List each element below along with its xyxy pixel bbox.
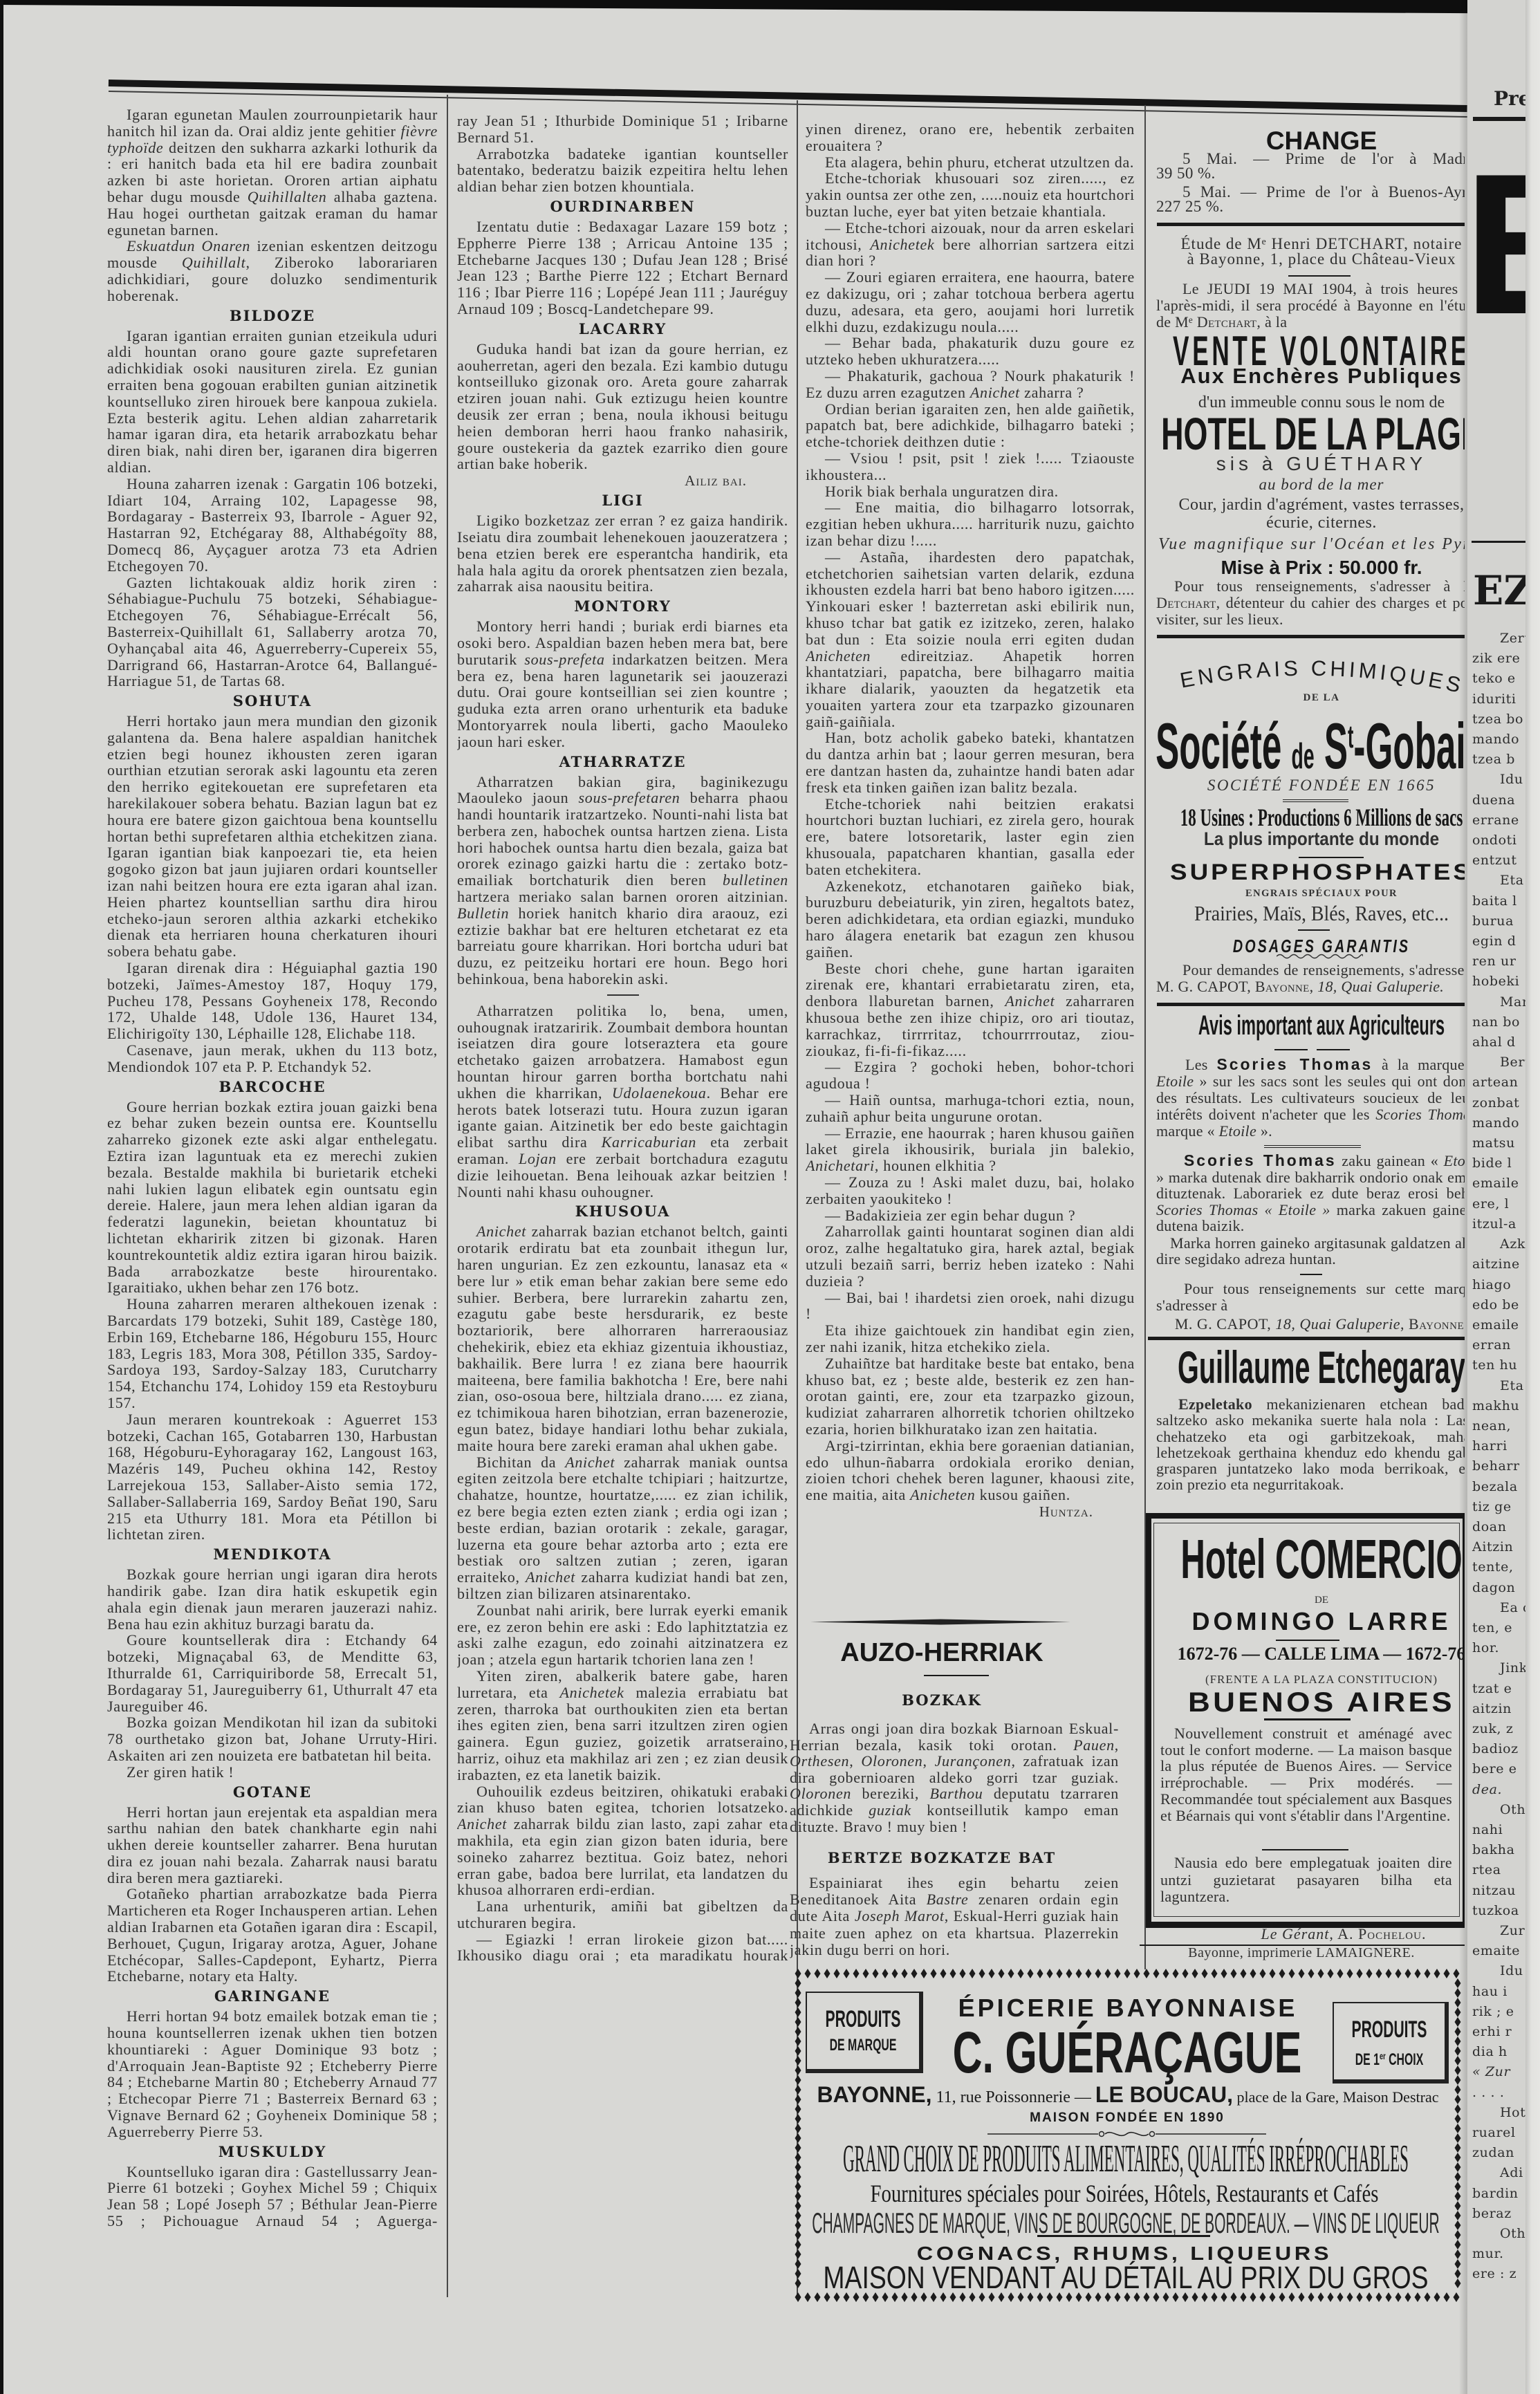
column-2: ray Jean 51 ; Ithurbide Dominique 51 ; I… xyxy=(457,113,788,2301)
article-paragraph: Arrabotzka badateke igantian kountseller… xyxy=(457,146,788,195)
wavy-divider xyxy=(1277,954,1363,959)
text-fragment: dea. xyxy=(1472,1780,1525,1800)
article-paragraph: Ligiko bozketzaz zer erran ? ez gaiza ha… xyxy=(457,512,788,595)
article-paragraph: — Haiñ ountsa, marhuga-tchori eztia, nou… xyxy=(806,1092,1135,1125)
advertiser-description: Ezpeletako mekanizienaren etchean badire… xyxy=(1156,1396,1465,1493)
divider xyxy=(1473,117,1525,121)
ornamental-rule xyxy=(810,1619,1070,1625)
text-fragment: ere, l xyxy=(1472,1194,1525,1214)
text-fragment: nitzau xyxy=(1472,1881,1525,1901)
text-fragment: entzut xyxy=(1472,851,1525,871)
notice-title: Avis important aux Agriculteurs xyxy=(1198,1012,1445,1039)
text-run: guziak xyxy=(869,1801,911,1819)
column-3: yinen direnez, orano ere, hebentik zerba… xyxy=(806,121,1135,1608)
adjacent-header-fragment: Pre xyxy=(1494,89,1525,109)
store-street: 11, rue Poissonnerie — xyxy=(931,2088,1095,2106)
text-run: Bulletin xyxy=(457,904,509,922)
company-name-part: -Gobain xyxy=(1353,709,1465,782)
badge-text-superscript: er xyxy=(1380,2050,1386,2061)
text-fragment: ahal d xyxy=(1472,1032,1525,1052)
article-paragraph: — Vsiou ! psit, psit ! ziek !..... Tziao… xyxy=(806,450,1135,483)
text-fragment: burua xyxy=(1472,911,1525,931)
reserve-price: Mise à Prix : 50.000 fr. xyxy=(1221,558,1422,577)
guarantee: DOSAGES GARANTIS xyxy=(1233,937,1410,955)
article-paragraph: Houna zaharren izenak : Gargatin 106 bot… xyxy=(107,476,438,575)
column-1: Igaran egunetan Maulen zourrounpietarik … xyxy=(107,106,438,2299)
article-paragraph: Casenave, jaun merak, ukhen du 113 botz,… xyxy=(107,1042,438,1075)
text-fragment: bardin xyxy=(1472,2184,1525,2204)
article-paragraph: Zuhaiñtze bat harditake beste bat entako… xyxy=(806,1355,1135,1438)
text-run: Detchart xyxy=(1156,594,1216,611)
article-paragraph: — Errazie, ene haourrak ; haren khusou g… xyxy=(806,1125,1135,1174)
divider xyxy=(1283,799,1348,802)
text-fragment: matsu xyxy=(1472,1133,1525,1153)
section-heading: BILDOZE xyxy=(107,304,438,328)
article-paragraph: Han, botz acholik gabeko bateki, khantat… xyxy=(806,730,1135,795)
text-fragment: artean xyxy=(1472,1073,1525,1093)
article-paragraph: Zaharrollak gainti hountarat soginen dia… xyxy=(806,1223,1135,1289)
article-paragraph: — Etche-tchori aizouak, nour da arren es… xyxy=(806,220,1135,269)
text-run: Orthesen xyxy=(790,1752,849,1770)
text-run: Scories Thomas xyxy=(1184,1151,1337,1169)
store-city: LE BOUCAU, xyxy=(1095,2082,1233,2107)
fertilizer-contact: Pour demandes de renseignements, s'adres… xyxy=(1156,962,1465,995)
notice-basque: Scories Thomas zaku gainean « Etoile » m… xyxy=(1156,1153,1465,1234)
divider xyxy=(1472,541,1525,543)
text-fragment: hobeki xyxy=(1472,972,1525,992)
text-run: Quihillalten xyxy=(248,188,327,205)
exchange-label: — Prime de l'or à Madrid xyxy=(1253,150,1465,167)
text-run: Anicheten xyxy=(910,1486,975,1503)
text-fragment: badioz xyxy=(1472,1739,1525,1759)
text-fragment: emaile xyxy=(1472,1315,1525,1335)
divider xyxy=(1317,1049,1350,1050)
text-run: Karricaburian xyxy=(602,1133,696,1151)
text-run: Joseph Marot xyxy=(855,1907,945,1924)
section-heading: MENDIKOTA xyxy=(107,1543,438,1566)
text-fragment: teko e xyxy=(1472,669,1525,689)
badge-text: PRODUITS xyxy=(826,2007,901,2031)
text-fragment: mando xyxy=(1472,1113,1525,1133)
text-fragment: bezala xyxy=(1472,1477,1525,1497)
text-fragment: ren ur xyxy=(1472,952,1525,972)
divider xyxy=(1262,1849,1348,1850)
company-name-part: Société xyxy=(1156,709,1281,782)
article-paragraph: Izentatu dutie : Bedaxagar Lazare 159 bo… xyxy=(457,219,788,317)
store-founded: MAISON FONDÉE EN 1890 xyxy=(1030,2111,1225,2124)
property-view: Vue magnifique sur l'Océan et les Pyréné… xyxy=(1158,536,1465,553)
text-run: Jurançonen xyxy=(935,1752,1012,1770)
adjacent-page-strip: Pre E EZ Zertzik ereteko eidurititzea bo… xyxy=(1467,0,1525,2394)
text-run: Le Gérant xyxy=(1261,1925,1330,1942)
section-heading: BERTZE BOZKATZE BAT xyxy=(790,1847,1094,1869)
text-fragment: hau i xyxy=(1472,1982,1525,2002)
text-fragment: bakha xyxy=(1472,1840,1525,1860)
text-run: Scories Thomas xyxy=(1375,1106,1465,1123)
text-fragment: Jink xyxy=(1472,1658,1525,1678)
text-run: Anichet xyxy=(1005,992,1055,1010)
article-paragraph: Argi-tzirrintan, ekhia bere goraenian da… xyxy=(806,1438,1135,1503)
divider xyxy=(1300,1274,1322,1275)
article-paragraph: — Ezgira ? gochoki heben, bohor-tchori a… xyxy=(806,1059,1135,1092)
article-paragraph: Etche-tchoriak khusouari soz ziren.....,… xyxy=(806,170,1135,219)
article-paragraph: — Egiazki ! erran lirokeie gizon bat....… xyxy=(457,1931,788,1965)
text-fragment: tzat e xyxy=(1472,1679,1525,1699)
founding-year: SOCIÉTÉ FONDÉE EN 1665 xyxy=(1207,777,1436,793)
text-fragment: nahi xyxy=(1472,1820,1525,1840)
divider xyxy=(1157,223,1465,226)
text-fragment: Hot xyxy=(1472,2103,1525,2123)
text-run: Anichetari xyxy=(806,1157,875,1174)
text-fragment: egin d xyxy=(1472,931,1525,952)
text-fragment: ondoti xyxy=(1472,831,1525,851)
text-run: Anicheten xyxy=(806,647,871,665)
section-heading: MUSKULDY xyxy=(107,2140,438,2164)
text-fragment: ere : z xyxy=(1472,2264,1525,2284)
notice-contact-intro: Pour tous renseignements sur cette marqu… xyxy=(1156,1281,1465,1313)
divider xyxy=(1148,1337,1465,1340)
text-fragment: hor. xyxy=(1472,1638,1525,1658)
exchange-rate-entry: 5 Mai. — Prime de l'or à Buenos-Ayres 22… xyxy=(1156,185,1465,214)
divider xyxy=(1288,275,1351,277)
divider xyxy=(1298,929,1330,931)
text-fragment: emaite xyxy=(1472,1941,1525,1961)
text-run: Eskuatdun Onaren xyxy=(127,237,250,254)
text-fragment: itzul-a xyxy=(1472,1214,1525,1234)
sale-contact: Pour tous renseignements, s'adresser à M… xyxy=(1156,578,1465,628)
divider xyxy=(924,1675,989,1676)
text-run: dea. xyxy=(1472,1782,1502,1797)
text-run: Lojan xyxy=(519,1150,557,1167)
adjacent-drop-letter: E xyxy=(1467,144,1525,344)
text-run: « Zur xyxy=(1472,2064,1510,2079)
divider xyxy=(1264,1145,1361,1148)
section-heading: MONTORY xyxy=(457,595,788,618)
text-run: Bayonne xyxy=(1409,1315,1464,1333)
text-fragment: Azk xyxy=(1472,1234,1525,1254)
connector-text: DE xyxy=(1315,1595,1328,1606)
text-run: bulletinen xyxy=(723,871,788,889)
hotel-landmark: (FRENTE A LA PLAZA CONSTITUCION) xyxy=(1205,1673,1438,1685)
hotel-description: Nouvellement construit et aménagé avec t… xyxy=(1160,1725,1452,1824)
store-type: ÉPICERIE BAYONNAISE xyxy=(958,1996,1298,2021)
arched-title: ENGRAIS CHIMIQUES xyxy=(1140,650,1465,705)
text-run: Quihillalt xyxy=(182,254,246,271)
article-paragraph: Ordian berian igaraiten zen, hen alde ga… xyxy=(806,401,1135,450)
article-paragraph: Igaran egunetan Maulen zourrounpietarik … xyxy=(107,106,438,238)
text-fragment: emaile xyxy=(1472,1173,1525,1194)
text-fragment: nean, xyxy=(1472,1416,1525,1436)
section-heading: GARINGANE xyxy=(107,1985,438,2008)
text-fragment: Idu xyxy=(1472,770,1525,790)
exchange-label: — Prime de l'or à Buenos-Ayres xyxy=(1241,183,1465,201)
text-run: sous-prefeta xyxy=(524,651,604,668)
text-fragment: edo be xyxy=(1472,1295,1525,1315)
adjacent-headline-fragment: EZ xyxy=(1473,570,1525,611)
text-fragment: erhi r xyxy=(1472,2022,1525,2042)
advertiser-name: Guillaume Etchegaray xyxy=(1178,1344,1465,1390)
text-run: Bastre xyxy=(927,1891,969,1908)
text-fragment: erran xyxy=(1472,1335,1525,1355)
text-fragment: baita l xyxy=(1472,891,1525,911)
text-fragment: duena xyxy=(1472,790,1525,810)
article-paragraph: Bozka goizan Mendikotan hil izan da subi… xyxy=(107,1714,438,1763)
article-paragraph: Igaran igantian erraiten gunian etzeikul… xyxy=(107,328,438,476)
text-fragment: . . . . xyxy=(1472,2083,1525,2103)
divider xyxy=(607,994,639,996)
store-city: BAYONNE, xyxy=(817,2082,932,2107)
claim: La plus importante du monde xyxy=(1204,830,1439,848)
notary-address: à Bayonne, 1, place du Château-Vieux xyxy=(1187,251,1456,268)
section-heading: GOTANE xyxy=(107,1781,438,1804)
badge-text-part: DE 1 xyxy=(1355,2050,1380,2069)
adjacent-text-fragments: Zertzik ereteko eidurititzea bomandotzea… xyxy=(1472,629,1525,2285)
text-fragment: ruarel xyxy=(1472,2123,1525,2143)
text-run: Bayonne xyxy=(1255,978,1310,995)
article-paragraph: ray Jean 51 ; Ithurbide Dominique 51 ; I… xyxy=(457,113,788,146)
byline: Ailiz bai. xyxy=(457,472,788,489)
text-fragment: zik ere xyxy=(1472,649,1525,669)
text-fragment: Zert xyxy=(1472,629,1525,649)
article-paragraph: Bichitan da Anichet zaharrak maniak ount… xyxy=(457,1454,788,1602)
store-addresses: BAYONNE, 11, rue Poissonnerie — LE BOUCA… xyxy=(817,2081,1439,2113)
column-divider xyxy=(447,95,448,2297)
text-run: 18, Quai Galuperie. xyxy=(1317,978,1444,995)
article-paragraph: — Badakizieia zer egin behar dugun ? xyxy=(806,1207,1135,1224)
notice-info: Marka horren gaineko argitasunak galdatz… xyxy=(1156,1235,1465,1267)
article-paragraph: Beste chori chehe, gune hartan igaraiten… xyxy=(806,961,1135,1059)
article-paragraph: — Phakaturik, gachoua ? Nourk phakaturik… xyxy=(806,368,1135,401)
text-run: Anichet xyxy=(457,1815,507,1832)
text-run: Barthou xyxy=(929,1785,983,1802)
article-paragraph: Goure herrian bozkak eztira jouan gaizki… xyxy=(107,1099,438,1297)
production-figures: 18 Usines : Productions 6 Millions de sa… xyxy=(1180,805,1463,830)
badge-text: PRODUITS xyxy=(1352,2018,1427,2041)
article-paragraph: Zer giren hatik ! xyxy=(107,1764,438,1781)
exchange-value: 39 50 %. xyxy=(1156,166,1465,180)
text-fragment: errane xyxy=(1472,810,1525,831)
supplies-line: Fournitures spéciales pour Soirées, Hôte… xyxy=(870,2181,1378,2206)
property-location: sis à GUÉTHARY xyxy=(1216,454,1427,474)
article-paragraph: — Bai, bai ! ihardetsi zien oroek, nahi … xyxy=(806,1290,1135,1323)
text-fragment: Man xyxy=(1472,992,1525,1012)
divider xyxy=(1037,2235,1210,2237)
manager-credit: Le Gérant, A. Pochelou. xyxy=(1261,1927,1427,1942)
byline: Huntza. xyxy=(806,1503,1135,1520)
text-fragment: zuk, z xyxy=(1472,1719,1525,1739)
text-fragment: dia h xyxy=(1472,2042,1525,2062)
text-fragment: Aitzin xyxy=(1472,1537,1525,1557)
text-fragment: mando xyxy=(1472,730,1525,750)
text-fragment: makhu xyxy=(1472,1396,1525,1416)
text-fragment: Oth xyxy=(1472,2224,1525,2244)
article-paragraph: Guduka handi bat izan da goure herrian, … xyxy=(457,341,788,472)
article-paragraph: Azkenekotz, etchanotaren gaiñeko biak, b… xyxy=(806,878,1135,961)
text-run: Scories Thomas xyxy=(1216,1055,1373,1073)
article-paragraph: Goure kountsellerak dira : Etchandy 64 b… xyxy=(107,1632,438,1714)
section-heading: BOZKAK xyxy=(790,1689,1094,1711)
advertisement-column: CHANGE 5 Mai. — Prime de l'or à Madrid 3… xyxy=(1140,0,1465,1971)
property-tagline: au bord de la mer xyxy=(1259,476,1384,492)
text-run: Pauen xyxy=(1073,1736,1115,1754)
printer-credit: Bayonne, imprimerie LAMAIGNERE. xyxy=(1188,1946,1415,1960)
section-title: AUZO-HERRIAK xyxy=(790,1639,1094,1667)
grocery-advertisement: PRODUITS DE MARQUE PRODUITS DE 1er CHOIX… xyxy=(794,1968,1462,2303)
text-run: Anichet xyxy=(476,1223,526,1240)
text-fragment: tuzkoa xyxy=(1472,1901,1525,1921)
section-heading: SOHUTA xyxy=(107,689,438,713)
divider xyxy=(1276,1640,1339,1641)
article-paragraph: Gotañeko phartian arrabozkatze bada Pier… xyxy=(107,1886,438,1985)
text-fragment: harri xyxy=(1472,1436,1525,1456)
section-heading: ATHARRATZE xyxy=(457,750,788,774)
text-fragment: nan bo xyxy=(1472,1012,1525,1032)
text-run: Oloronen xyxy=(861,1752,922,1770)
text-fragment: Zur xyxy=(1472,1921,1525,1941)
text-fragment: ten hu xyxy=(1472,1355,1525,1375)
neighbouring-regions-section: AUZO-HERRIAK BOZKAK Arras ongi joan dira… xyxy=(790,1611,1120,1965)
text-fragment: Bert xyxy=(1472,1052,1525,1073)
connector-text: DE LA xyxy=(1304,693,1340,703)
text-run: fièvre typhoïde xyxy=(107,122,438,156)
article-paragraph: Eta alagera, behin phuru, etcherat utzul… xyxy=(806,154,1135,171)
article-paragraph: yinen direnez, orano ere, hebentik zerba… xyxy=(806,121,1135,154)
text-run: Etoile xyxy=(1219,1122,1256,1140)
article-paragraph: Yiten ziren, abalkerik batere gabe, hare… xyxy=(457,1668,788,1783)
exchange-value: 227 25 %. xyxy=(1156,199,1465,214)
pricing-line: MAISON VENDANT AU DÉTAIL AU PRIX DU GROS xyxy=(823,2262,1428,2293)
article-paragraph: Horik biak berhala unguratzen dira. xyxy=(806,483,1135,500)
section-heading: OURDINARBEN xyxy=(457,195,788,219)
hotel-basque-note: Nausia edo bere emplegatuak joaiten dire… xyxy=(1160,1855,1452,1906)
property-features: écurie, citernes. xyxy=(1266,514,1377,531)
text-fragment: aitzin xyxy=(1472,1699,1525,1719)
text-run: Etoile xyxy=(1156,1073,1194,1090)
article-paragraph: — Zouza zu ! Aski malet duzu, bai, holak… xyxy=(806,1174,1135,1207)
text-fragment: beharr xyxy=(1472,1456,1525,1476)
article-paragraph: Jaun meraren kountrekoak : Aguerret 153 … xyxy=(107,1411,438,1543)
text-fragment: dagon xyxy=(1472,1578,1525,1598)
text-fragment: rtea xyxy=(1472,1860,1525,1880)
text-fragment: beraz xyxy=(1472,2204,1525,2224)
store-street: place de la Gare, Maison Destrac xyxy=(1233,2088,1438,2106)
article-paragraph: — Ene maitia, dio bilhagarro lotsorrak, … xyxy=(806,499,1135,548)
text-run: Ezpeletako xyxy=(1178,1395,1252,1413)
text-fragment: tzea b xyxy=(1472,750,1525,770)
article-paragraph: — Astaña, ihardesten dero papatchak, etc… xyxy=(806,549,1135,730)
text-run: Pochelou xyxy=(1358,1925,1422,1942)
article-paragraph: Herri hortako jaun mera mundian den gizo… xyxy=(107,713,438,960)
property-features: Cour, jardin d'agrément, vastes terrasse… xyxy=(1179,497,1465,513)
text-fragment: Oth xyxy=(1472,1800,1525,1820)
text-fragment: zonbat xyxy=(1472,1093,1525,1113)
company-name-superscript: t xyxy=(1348,718,1353,754)
article-paragraph: Bozkak goure herrian ungi igaran dira he… xyxy=(107,1566,438,1632)
badge-left: PRODUITS DE MARQUE xyxy=(806,1992,923,2073)
section-heading: LACARRY xyxy=(457,317,788,341)
text-fragment: Idu xyxy=(1472,1961,1525,1981)
article-paragraph: Ouhouilik ezdeus beitziren, ohikatuki er… xyxy=(457,1783,788,1899)
text-run: Udolaenekoua xyxy=(612,1084,707,1102)
text-fragment: Ea c xyxy=(1472,1598,1525,1618)
divider xyxy=(1157,635,1465,638)
sale-mode: Aux Enchères Publiques xyxy=(1180,365,1463,387)
text-run: 18, Quai Galuperie xyxy=(1275,1315,1400,1333)
article-paragraph: Gazten lichtakouak aldiz horik ziren : S… xyxy=(107,575,438,690)
article-paragraph: Anichet zaharrak bazian etchanot beltch,… xyxy=(457,1223,788,1454)
text-fragment: ten, e xyxy=(1472,1618,1525,1638)
text-fragment: Adi xyxy=(1472,2163,1525,2183)
article-paragraph: Espainiarat ihes egin behartu zeien Bene… xyxy=(790,1875,1119,1958)
text-fragment: Eta xyxy=(1472,871,1525,891)
article-paragraph: — Behar bada, phakaturik duzu goure ez u… xyxy=(806,335,1135,368)
text-fragment: bide l xyxy=(1472,1153,1525,1173)
text-fragment: tente, xyxy=(1472,1557,1525,1577)
article-paragraph: Kountselluko igaran dira : Gastellussarr… xyxy=(107,2164,438,2229)
product-label: ENGRAIS SPÉCIAUX POUR xyxy=(1245,889,1398,899)
text-run: Anichetek xyxy=(560,1684,624,1701)
property-name: HOTEL DE LA PLAGE xyxy=(1161,411,1465,456)
article-paragraph: Montory herri handi ; buriak erdi biarne… xyxy=(457,618,788,750)
text-run: Anichet xyxy=(565,1454,615,1471)
text-run: sous-prefetaren xyxy=(579,789,680,806)
company-name-part: S xyxy=(1324,709,1348,782)
article-paragraph: Herri hortan 94 botz emailek botzak eman… xyxy=(107,2008,438,2140)
scan-edge-left xyxy=(0,0,3,2394)
sale-announcement: Le JEUDI 19 MAI 1904, à trois heures de … xyxy=(1156,281,1465,331)
text-run: Anichetek xyxy=(870,236,934,253)
page-edge xyxy=(1525,0,1540,2394)
wines-line: CHAMPAGNES DE MARQUE, VINS DE BOURGOGNE,… xyxy=(812,2209,1439,2238)
hotel-address: 1672-76 — CALLE LIMA — 1672-76 xyxy=(1178,1645,1465,1663)
article-paragraph: Atharratzen bakian gira, baginikezugu Ma… xyxy=(457,774,788,987)
article-paragraph: Igaran direnak dira : Héguiaphal gaztia … xyxy=(107,960,438,1042)
article-paragraph: Eta ihize gaichtouek zin handibat egin z… xyxy=(806,1322,1135,1355)
article-paragraph: Etche-tchoriek nahi beitzien erakatsi ho… xyxy=(806,796,1135,878)
article-paragraph: Herri hortan jaun erejentak eta aspaldia… xyxy=(107,1804,438,1886)
store-owner: C. GUÉRAÇAGUE xyxy=(953,2023,1302,2081)
crop-list: Prairies, Maïs, Blés, Raves, etc... xyxy=(1194,902,1449,924)
divider xyxy=(1264,1718,1351,1720)
product-range: GRAND CHOIX DE PRODUITS ALIMENTAIRES, QU… xyxy=(843,2140,1409,2178)
text-fragment: hiago xyxy=(1472,1275,1525,1295)
article-paragraph: Atharratzen politika lo, bena, umen, ouh… xyxy=(457,1003,788,1200)
text-fragment: Eta xyxy=(1472,1376,1525,1396)
notice-french: Les Scories Thomas à la marque « Etoile … xyxy=(1156,1056,1465,1140)
article-paragraph: Eskuatdun Onaren izenian eskentzen deitz… xyxy=(107,238,438,304)
text-fragment: « Zur xyxy=(1472,2062,1525,2082)
text-run: Anichet xyxy=(526,1568,575,1586)
text-run: Oloronen xyxy=(790,1785,851,1802)
divider xyxy=(1299,857,1364,858)
text-fragment: bere e xyxy=(1472,1759,1525,1779)
article-paragraph: Houna zaharren meraren althekouen izenak… xyxy=(107,1296,438,1411)
text-fragment: mur. xyxy=(1472,2244,1525,2264)
text-fragment: tiz ge xyxy=(1472,1497,1525,1517)
divider xyxy=(1274,1049,1308,1050)
hotel-owner: DOMINGO LARRE xyxy=(1192,1609,1451,1634)
article-paragraph: Lana urhenturik, amiñi bat gibeltzen da … xyxy=(457,1898,788,1931)
text-fragment: aitzine xyxy=(1472,1254,1525,1274)
section-heading: BARCOCHE xyxy=(107,1075,438,1099)
text-run: Scories Thomas « Etoile » xyxy=(1156,1201,1330,1218)
exchange-rate-entry: 5 Mai. — Prime de l'or à Madrid 39 50 %. xyxy=(1156,151,1465,180)
notice-address: M. G. CAPOT, 18, Quai Galuperie, Bayonne… xyxy=(1175,1317,1465,1332)
badge-text: DE 1er CHOIX xyxy=(1355,2048,1424,2068)
company-name-part: de xyxy=(1292,736,1315,777)
product-name: SUPERPHOSPHATES xyxy=(1170,861,1465,883)
article-paragraph: Zounbat nahi aririk, bere lurrak eyerki … xyxy=(457,1602,788,1668)
